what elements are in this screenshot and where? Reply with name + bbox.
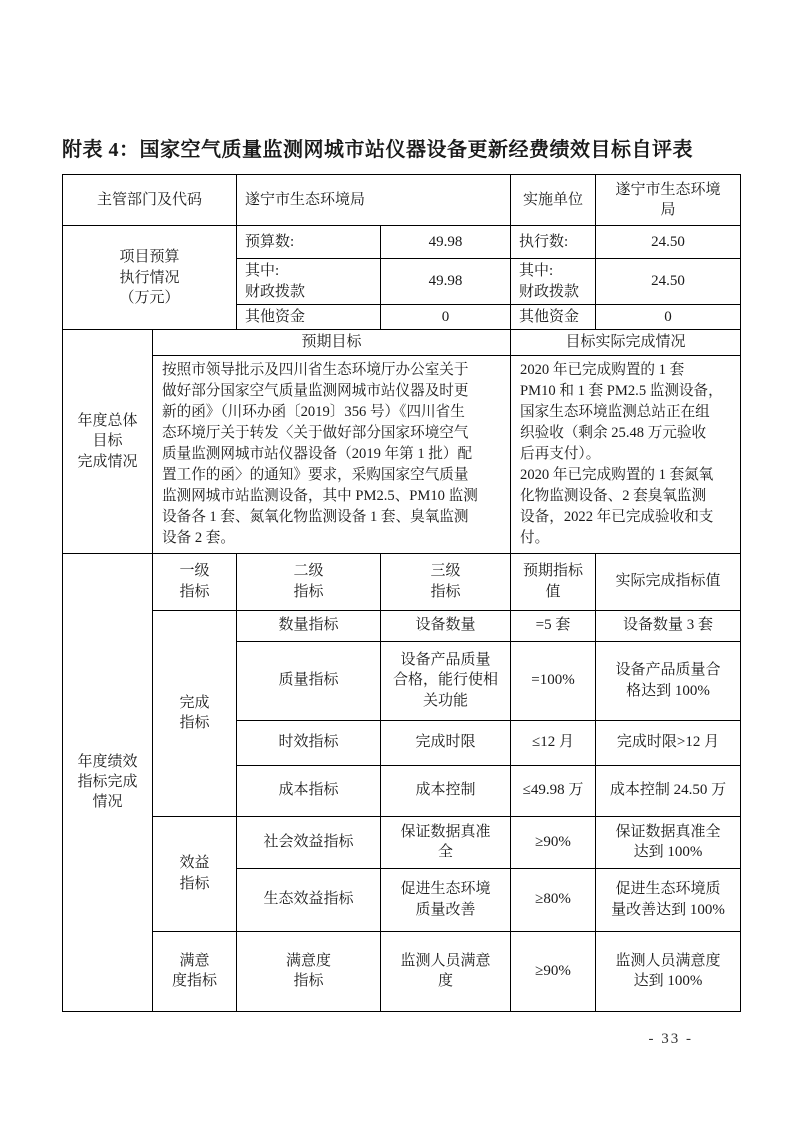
expected-quality: =100%: [511, 641, 596, 720]
impl-unit-value: 遂宁市生态环境 局: [596, 175, 741, 226]
expected-goal-header: 预期目标: [153, 330, 511, 355]
level2-satisfaction: 满意度 指标: [237, 931, 381, 1011]
annual-goal-section-label: 年度总体 目标 完成情况: [63, 330, 153, 553]
actual-satisfaction: 监测人员满意度 达到 100%: [596, 931, 741, 1011]
actual-eco-benefit: 促进生态环境质 量改善达到 100%: [596, 868, 741, 931]
table-row: 年度总体 目标 完成情况 预期目标 目标实际完成情况: [63, 330, 741, 355]
budget-other-value: 0: [381, 305, 511, 330]
level3-quantity: 设备数量: [381, 610, 511, 641]
actual-timeliness: 完成时限>12 月: [596, 720, 741, 765]
actual-goal-text: 2020 年已完成购置的 1 套 PM10 和 1 套 PM2.5 监测设备， …: [511, 355, 741, 553]
level2-timeliness: 时效指标: [237, 720, 381, 765]
actual-cost: 成本控制 24.50 万: [596, 765, 741, 816]
header-actual: 实际完成指标值: [596, 553, 741, 610]
level2-quality: 质量指标: [237, 641, 381, 720]
budget-fiscal-label: 其中: 财政拨款: [237, 259, 381, 305]
table-row: 完成 指标 数量指标 设备数量 =5 套 设备数量 3 套: [63, 610, 741, 641]
level1-completion: 完成 指标: [153, 610, 237, 816]
table-row: 主管部门及代码 遂宁市生态环境局 实施单位 遂宁市生态环境 局: [63, 175, 741, 226]
dept-code-label: 主管部门及代码: [63, 175, 237, 226]
table-row: 年度绩效 指标完成 情况 一级 指标 二级 指标 三级 指标 预期指标 值 实际…: [63, 553, 741, 610]
actual-goal-header: 目标实际完成情况: [511, 330, 741, 355]
table-row: 按照市领导批示及四川省生态环境厅办公室关于 做好部分国家空气质量监测网城市站仪器…: [63, 355, 741, 553]
level3-timeliness: 完成时限: [381, 720, 511, 765]
exec-other-value: 0: [596, 305, 741, 330]
table-row: 满意 度指标 满意度 指标 监测人员满意 度 ≥90% 监测人员满意度 达到 1…: [63, 931, 741, 1011]
expected-timeliness: ≤12 月: [511, 720, 596, 765]
actual-quality: 设备产品质量合 格达到 100%: [596, 641, 741, 720]
expected-satisfaction: ≥90%: [511, 931, 596, 1011]
page-title: 附表 4：国家空气质量监测网城市站仪器设备更新经费绩效目标自评表: [62, 133, 742, 162]
level1-satisfaction: 满意 度指标: [153, 931, 237, 1011]
exec-fiscal-value: 24.50: [596, 259, 741, 305]
exec-other-label: 其他资金: [511, 305, 596, 330]
level2-social-benefit: 社会效益指标: [237, 816, 381, 868]
exec-value: 24.50: [596, 226, 741, 259]
level2-cost: 成本指标: [237, 765, 381, 816]
expected-goal-text: 按照市领导批示及四川省生态环境厅办公室关于 做好部分国家空气质量监测网城市站仪器…: [153, 355, 511, 553]
header-expected: 预期指标 值: [511, 553, 596, 610]
level2-quantity: 数量指标: [237, 610, 381, 641]
level3-cost: 成本控制: [381, 765, 511, 816]
expected-quantity: =5 套: [511, 610, 596, 641]
budget-section-label: 项目预算 执行情况 （万元）: [63, 226, 237, 330]
budget-other-label: 其他资金: [237, 305, 381, 330]
self-evaluation-table: 主管部门及代码 遂宁市生态环境局 实施单位 遂宁市生态环境 局 项目预算 执行情…: [62, 174, 741, 1012]
exec-fiscal-label: 其中: 财政拨款: [511, 259, 596, 305]
actual-social-benefit: 保证数据真准全 达到 100%: [596, 816, 741, 868]
exec-label: 执行数:: [511, 226, 596, 259]
dept-code-value: 遂宁市生态环境局: [237, 175, 511, 226]
table-row: 效益 指标 社会效益指标 保证数据真准 全 ≥90% 保证数据真准全 达到 10…: [63, 816, 741, 868]
budget-fiscal-value: 49.98: [381, 259, 511, 305]
actual-quantity: 设备数量 3 套: [596, 610, 741, 641]
page-number: - 33 -: [649, 1031, 694, 1048]
header-level1: 一级 指标: [153, 553, 237, 610]
table-row: 项目预算 执行情况 （万元） 预算数: 49.98 执行数: 24.50: [63, 226, 741, 259]
level3-social-benefit: 保证数据真准 全: [381, 816, 511, 868]
performance-section-label: 年度绩效 指标完成 情况: [63, 553, 153, 1011]
budget-value: 49.98: [381, 226, 511, 259]
level3-quality: 设备产品质量 合格，能行使相 关功能: [381, 641, 511, 720]
level1-benefit: 效益 指标: [153, 816, 237, 931]
level2-eco-benefit: 生态效益指标: [237, 868, 381, 931]
level3-satisfaction: 监测人员满意 度: [381, 931, 511, 1011]
expected-social-benefit: ≥90%: [511, 816, 596, 868]
budget-label: 预算数:: [237, 226, 381, 259]
level3-eco-benefit: 促进生态环境 质量改善: [381, 868, 511, 931]
expected-eco-benefit: ≥80%: [511, 868, 596, 931]
document-page: 附表 4：国家空气质量监测网城市站仪器设备更新经费绩效目标自评表 主管部门及代码…: [0, 0, 793, 1122]
header-level2: 二级 指标: [237, 553, 381, 610]
expected-cost: ≤49.98 万: [511, 765, 596, 816]
impl-unit-label: 实施单位: [511, 175, 596, 226]
header-level3: 三级 指标: [381, 553, 511, 610]
